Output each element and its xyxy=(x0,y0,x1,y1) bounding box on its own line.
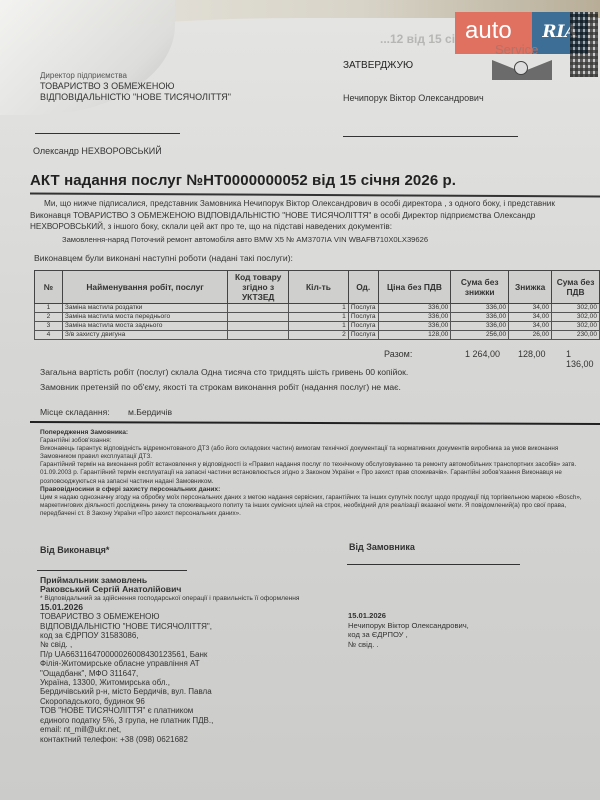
total-discount: 128,00 xyxy=(518,349,546,359)
cell-work-name: Заміна мастила моста заднього xyxy=(62,322,227,331)
cell-quantity: 1 xyxy=(289,304,349,313)
cell-unit: Послуга xyxy=(348,304,378,313)
cell-unit: Послуга xyxy=(348,322,378,331)
customer-signature-line xyxy=(347,564,520,565)
executor-signature-line xyxy=(35,133,180,134)
executor-detail-line: код за ЄДРПОУ 31583086, xyxy=(40,631,300,640)
customer-detail-line: Нечипорук Віктор Олександрович, xyxy=(348,621,469,631)
cell-product-code xyxy=(228,322,289,331)
executor-detail-line: Україна, 13300, Житомирська обл., xyxy=(40,678,300,687)
document-title: АКТ надання послуг №НТ0000000052 від 15 … xyxy=(30,172,456,189)
executor-detail-line: Скоропадського, будинок 96 xyxy=(40,697,300,706)
executor-detail-line: П/р UA663116470000026008430123561, Банк xyxy=(40,650,300,659)
cell-quantity: 1 xyxy=(289,313,349,322)
executor-detail-line: Бердичівський р-н, місто Бердичів, вул. … xyxy=(40,687,300,696)
cell-discount: 34,00 xyxy=(509,304,552,313)
executor-detail-line: Філія-Житомирське обласне управління АТ xyxy=(40,659,300,668)
table-header-row: № Найменування робіт, послуг Код товару … xyxy=(35,271,600,304)
customer-details-block: 15.01.2026 Нечипорук Віктор Олександрови… xyxy=(348,611,469,649)
customer-detail-line: № свід. . xyxy=(348,640,469,650)
totals-label: Разом: xyxy=(384,349,412,359)
cell-work-name: З/в захисту двигуна xyxy=(62,331,227,340)
cell-product-code xyxy=(228,331,289,340)
cell-product-code xyxy=(228,304,289,313)
table-row: 3Заміна мастила моста заднього1Послуга33… xyxy=(35,322,600,331)
privacy-paragraph: Цим я надаю однозначну згоду на обробку … xyxy=(40,494,595,518)
executor-header-block: Директор підприємства ТОВАРИСТВО З ОБМЕЖ… xyxy=(40,70,231,103)
qr-code-icon xyxy=(570,12,598,77)
cell-quantity: 2 xyxy=(289,331,349,340)
cell-sum-before-discount: 336,00 xyxy=(451,322,509,331)
executor-position: Директор підприємства xyxy=(40,70,231,81)
customer-date: 15.01.2026 xyxy=(348,611,469,621)
col-header-sum: Сума без знижки xyxy=(451,271,509,304)
cell-net-sum: 302,00 xyxy=(552,304,600,313)
cell-work-name: Заміна мастила моста переднього xyxy=(62,313,227,322)
cell-row-number: 2 xyxy=(35,313,63,322)
executor-details-block: Приймальник замовлень Раковський Сергій … xyxy=(40,576,300,744)
approve-label: ЗАТВЕРДЖУЮ xyxy=(343,60,413,71)
executor-signature-heading: Від Виконавця* xyxy=(40,545,109,555)
cell-net-sum: 302,00 xyxy=(552,313,600,322)
col-header-number: № xyxy=(35,271,63,304)
cell-price: 336,00 xyxy=(378,322,451,331)
cell-discount: 26,00 xyxy=(509,331,552,340)
guarantee-paragraph-2: Гарантійний термін на виконання робіт вс… xyxy=(40,461,595,485)
col-header-discount: Знижка xyxy=(509,271,552,304)
executor-detail-line: ВІДПОВІДАЛЬНІСТЮ "НОВЕ ТИСЯЧОЛІТТЯ", xyxy=(40,622,300,631)
cell-work-name: Заміна мастила роздатки xyxy=(62,304,227,313)
guarantee-paragraph-1: Виконавець гарантує відповідність відрем… xyxy=(40,445,595,461)
executor-detail-line: email: nt_mill@ukr.net, xyxy=(40,725,300,734)
executor-org-line2: ВІДПОВІДАЛЬНІСТЮ "НОВЕ ТИСЯЧОЛІТТЯ" xyxy=(40,92,231,103)
cell-row-number: 4 xyxy=(35,331,63,340)
works-table: № Найменування робіт, послуг Код товару … xyxy=(34,270,600,340)
cell-sum-before-discount: 336,00 xyxy=(451,304,509,313)
guarantee-heading: Гарантійні зобов'язання: xyxy=(40,437,595,445)
executor-detail-line: єдиного податку 5%, 3 група, не платник … xyxy=(40,716,300,725)
cell-discount: 34,00 xyxy=(509,322,552,331)
col-header-net: Сума без ПДВ xyxy=(552,271,600,304)
warning-heading: Попередження Замовника: xyxy=(40,429,128,436)
cell-price: 336,00 xyxy=(378,304,451,313)
customer-signature-heading: Від Замовника xyxy=(349,542,415,552)
cell-price: 128,00 xyxy=(378,331,451,340)
col-header-qty: Кіл-ть xyxy=(289,271,349,304)
executor-date: 15.01.2026 xyxy=(40,603,300,612)
executor-signatory: Олександр НЕХВОРОВСЬКИЙ xyxy=(33,146,162,156)
col-header-unit: Од. xyxy=(348,271,378,304)
intro-paragraph: Ми, що нижче підписалися, представник За… xyxy=(30,198,590,233)
executor-org-line1: ТОВАРИСТВО З ОБМЕЖЕНОЮ xyxy=(40,81,231,92)
cell-discount: 34,00 xyxy=(509,313,552,322)
total-net: 1 136,00 xyxy=(566,349,600,369)
work-order-line: Замовлення-наряд Поточний ремонт автомоб… xyxy=(62,235,428,244)
executor-detail-line: № свід. , xyxy=(40,640,300,649)
executor-responsible-name: Раковський Сергій Анатолійович xyxy=(40,585,300,594)
cell-product-code xyxy=(228,313,289,322)
customer-detail-line: код за ЄДРПОУ , xyxy=(348,630,469,640)
col-header-name: Найменування робіт, послуг xyxy=(62,271,227,304)
customer-warning-block: Попередження Замовника: Гарантійні зобов… xyxy=(40,429,595,518)
executor-bottom-signature-line xyxy=(37,570,187,571)
no-claims-statement: Замовник претензій по об'єму, якості та … xyxy=(40,382,401,392)
cell-sum-before-discount: 336,00 xyxy=(451,313,509,322)
table-row: 2Заміна мастила моста переднього1Послуга… xyxy=(35,313,600,322)
watermark-service: Service xyxy=(495,42,538,57)
cell-net-sum: 230,00 xyxy=(552,331,600,340)
executor-detail-line: "Ощадбанк", МФО 311647, xyxy=(40,669,300,678)
table-row: 1Заміна мастила роздатки1Послуга336,0033… xyxy=(35,304,600,313)
place-value: м.Бердичів xyxy=(128,407,172,417)
cell-unit: Послуга xyxy=(348,331,378,340)
cell-row-number: 3 xyxy=(35,322,63,331)
cell-net-sum: 302,00 xyxy=(552,322,600,331)
total-in-words: Загальна вартість робіт (послуг) склала … xyxy=(40,367,408,377)
cell-price: 336,00 xyxy=(378,313,451,322)
place-label: Місце складання: xyxy=(40,407,110,417)
privacy-heading: Правовідносини в сфері захисту персональ… xyxy=(40,486,220,493)
executor-detail-line: ТОВАРИСТВО З ОБМЕЖЕНОЮ xyxy=(40,612,300,621)
table-row: 4З/в захисту двигуна2Послуга128,00256,00… xyxy=(35,331,600,340)
bosch-circle-icon xyxy=(514,61,528,75)
cell-unit: Послуга xyxy=(348,313,378,322)
cell-quantity: 1 xyxy=(289,322,349,331)
col-header-code: Код товару згідно з УКТЗЕД xyxy=(228,271,289,304)
approver-signature-line xyxy=(343,136,518,137)
total-sum: 1 264,00 xyxy=(465,349,500,359)
col-header-price: Ціна без ПДВ xyxy=(378,271,451,304)
cell-sum-before-discount: 256,00 xyxy=(451,331,509,340)
works-label: Виконавцем були виконані наступні роботи… xyxy=(34,253,293,263)
executor-detail-line: контактний телефон: +38 (098) 0621682 xyxy=(40,735,300,744)
approver-name: Нечипорук Віктор Олександрович xyxy=(343,93,484,103)
cell-row-number: 1 xyxy=(35,304,63,313)
executor-detail-line: ТОВ "НОВЕ ТИСЯЧОЛІТТЯ" є платником xyxy=(40,706,300,715)
